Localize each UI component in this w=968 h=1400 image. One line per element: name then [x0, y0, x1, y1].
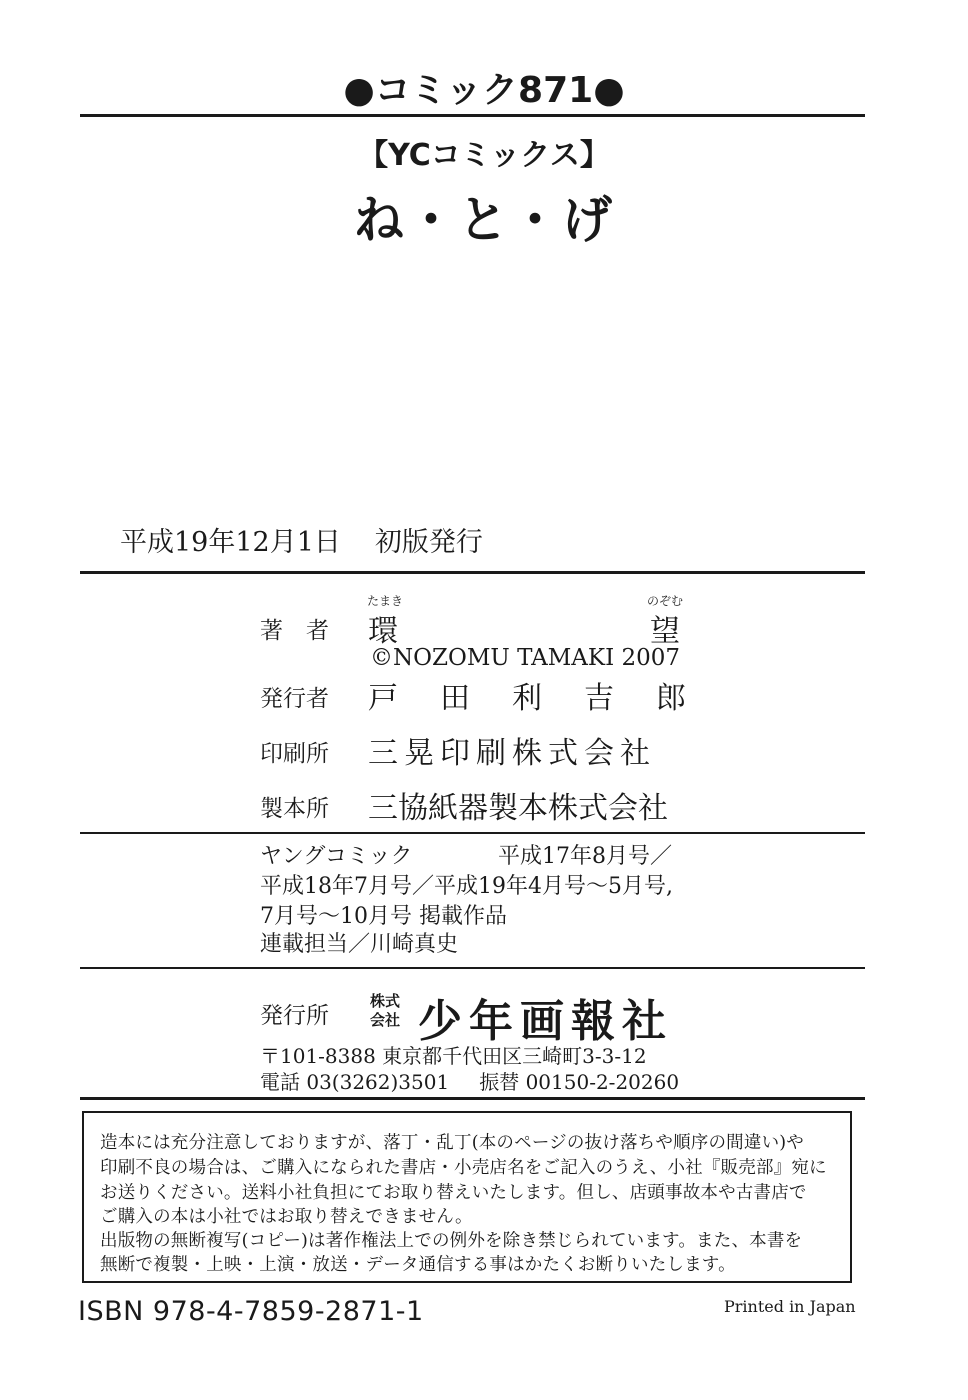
publisher-label: 発行所	[260, 997, 329, 1030]
serialization-rule	[80, 967, 865, 969]
author-surname: 環	[368, 606, 398, 650]
corp-type: 株式 会社	[370, 992, 400, 1030]
notice-line: 無断で複製・上映・上演・放送・データ通信する事はかたくお断りいたします。	[100, 1251, 736, 1276]
printed-in: Printed in Japan	[724, 1297, 856, 1316]
publisher-address: 〒101-8388 東京都千代田区三崎町3-3-12	[260, 1040, 647, 1069]
printer-name: 三晃印刷株式会社	[368, 728, 656, 772]
printer-label: 印刷所	[260, 735, 329, 768]
header-rule	[80, 114, 865, 117]
isbn: ISBN 978-4-7859-2871-1	[78, 1296, 424, 1327]
publisher-person-label: 発行者	[260, 680, 329, 713]
publisher-person-char: 田	[440, 673, 470, 717]
imprint-label: 【YCコミックス】	[0, 130, 968, 174]
serialization-line-3: 7月号～10月号 掲載作品	[260, 902, 507, 932]
book-title: ね・と・げ	[0, 180, 968, 252]
notice-line: 出版物の無断複写(コピー)は著作権法上での例外を除き禁じられています。また、本書…	[100, 1227, 802, 1252]
serialization-issue: 平成17年8月号／	[498, 842, 672, 872]
series-number: ●コミック871●	[0, 62, 968, 113]
notice-box: 造本には充分注意しておりますが、落丁・乱丁(本のページの抜け落ちや順序の間違い)…	[82, 1111, 852, 1283]
binder-label: 製本所	[260, 790, 329, 823]
binder-name: 三協紙器製本株式会社	[368, 783, 668, 827]
publisher-person-char: 吉	[584, 673, 614, 717]
magazine-name: ヤングコミック	[260, 844, 412, 869]
author-given-name: 望	[650, 606, 680, 650]
edition-date: 平成19年12月1日	[120, 527, 341, 558]
credits-rule	[80, 832, 865, 834]
editor-line: 連載担当／川崎真史	[260, 930, 458, 960]
notice-line: ご購入の本は小社ではお取り替えできません。	[100, 1203, 473, 1228]
author-label: 著 者	[260, 612, 329, 645]
publisher-person-char: 戸	[368, 673, 398, 717]
serialization-line-2: 平成18年7月号／平成19年4月号～5月号,	[260, 872, 673, 902]
notice-line: 造本には充分注意しておりますが、落丁・乱丁(本のページの抜け落ちや順序の間違い)…	[100, 1129, 804, 1154]
notice-line: 印刷不良の場合は、ご購入になられた書店・小売店名をご記入のうえ、小社『販売部』宛…	[100, 1154, 827, 1179]
edition-rule	[80, 571, 865, 574]
corp-type-bottom: 会社	[370, 1011, 400, 1030]
publisher-person-char: 郎	[656, 673, 686, 717]
publisher-phone: 電話 03(3262)3501	[260, 1070, 449, 1094]
notice-line: お送りください。送料小社負担にてお取り替えいたします。但し、店頭事故本や古書店で	[100, 1179, 807, 1204]
publisher-rule	[80, 1097, 865, 1100]
publisher-person-char: 利	[512, 673, 542, 717]
copyright: ©NOZOMU TAMAKI 2007	[370, 645, 680, 671]
serialization-line-1: ヤングコミック 平成17年8月号／	[260, 842, 412, 872]
publisher-transfer: 振替 00150-2-20260	[479, 1070, 679, 1094]
edition-note: 初版発行	[375, 527, 483, 558]
publisher-contact: 電話 03(3262)3501振替 00150-2-20260	[260, 1066, 679, 1095]
edition-line: 平成19年12月1日初版発行	[120, 520, 483, 559]
corp-type-top: 株式	[370, 992, 400, 1011]
publisher-person-name: 戸 田 利 吉 郎	[368, 673, 686, 717]
